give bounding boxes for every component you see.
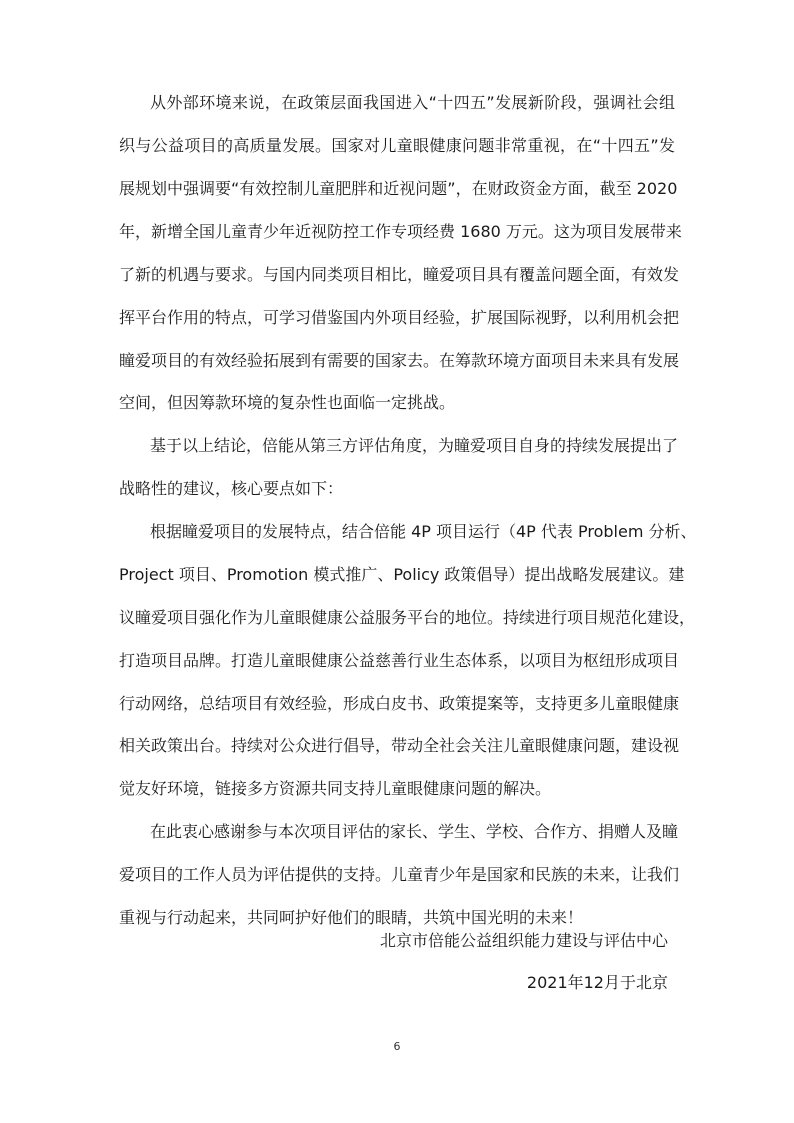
paragraph-line: Project 项目、Promotion 模式推广、Policy 政策倡导）提出… — [119, 563, 675, 587]
document-page: 从外部环境来说，在政策层面我国进入“十四五”发展新阶段，强调社会组 织与公益项目… — [0, 0, 794, 1123]
paragraph-line: 根据瞳爱项目的发展特点，结合倍能 4P 项目运行（4P 代表 Problem 分… — [150, 520, 675, 544]
signature-date: 2021年12月于北京 — [527, 971, 668, 995]
paragraph-line: 从外部环境来说，在政策层面我国进入“十四五”发展新阶段，强调社会组 — [150, 91, 675, 115]
page-number: 6 — [0, 1040, 794, 1053]
paragraph-line: 打造项目品牌。打造儿童眼健康公益慈善行业生态体系，以项目为枢纽形成项目 — [119, 649, 675, 673]
paragraph-line: 爱项目的工作人员为评估提供的支持。儿童青少年是国家和民族的未来，让我们 — [119, 863, 675, 887]
paragraph-line: 战略性的建议，核心要点如下： — [119, 477, 675, 501]
paragraph-line: 行动网络，总结项目有效经验，形成白皮书、政策提案等，支持更多儿童眼健康 — [119, 692, 675, 716]
paragraph-line: 议瞳爱项目强化作为儿童眼健康公益服务平台的地位。持续进行项目规范化建设， — [119, 606, 675, 630]
paragraph-line: 织与公益项目的高质量发展。国家对儿童眼健康问题非常重视，在“十四五”发 — [119, 134, 675, 158]
paragraph-line: 觉友好环境，链接多方资源共同支持儿童眼健康问题的解决。 — [119, 777, 675, 801]
paragraph-line: 基于以上结论，倍能从第三方评估角度，为瞳爱项目自身的持续发展提出了 — [150, 434, 675, 458]
paragraph-line: 在此衷心感谢参与本次项目评估的家长、学生、学校、合作方、捐赠人及瞳 — [150, 820, 675, 844]
paragraph-line: 瞳爱项目的有效经验拓展到有需要的国家去。在筹款环境方面项目未来具有发展 — [119, 349, 675, 373]
paragraph-line: 空间，但因筹款环境的复杂性也面临一定挑战。 — [119, 391, 675, 415]
paragraph-line: 展规划中强调要“有效控制儿童肥胖和近视问题”，在财政资金方面，截至 2020 — [119, 177, 675, 201]
paragraph-line: 相关政策出台。持续对公众进行倡导，带动全社会关注儿童眼健康问题，建设视 — [119, 734, 675, 758]
paragraph-line: 了新的机遇与要求。与国内同类项目相比，瞳爱项目具有覆盖问题全面，有效发 — [119, 263, 675, 287]
paragraph-line: 挥平台作用的特点，可学习借鉴国内外项目经验，扩展国际视野，以利用机会把 — [119, 306, 675, 330]
paragraph-line: 年，新增全国儿童青少年近视防控工作专项经费 1680 万元。这为项目发展带来 — [119, 220, 675, 244]
signature-organization: 北京市倍能公益组织能力建设与评估中心 — [380, 929, 668, 953]
paragraph-line: 重视与行动起来，共同呵护好他们的眼睛，共筑中国光明的未来！ — [119, 906, 675, 930]
